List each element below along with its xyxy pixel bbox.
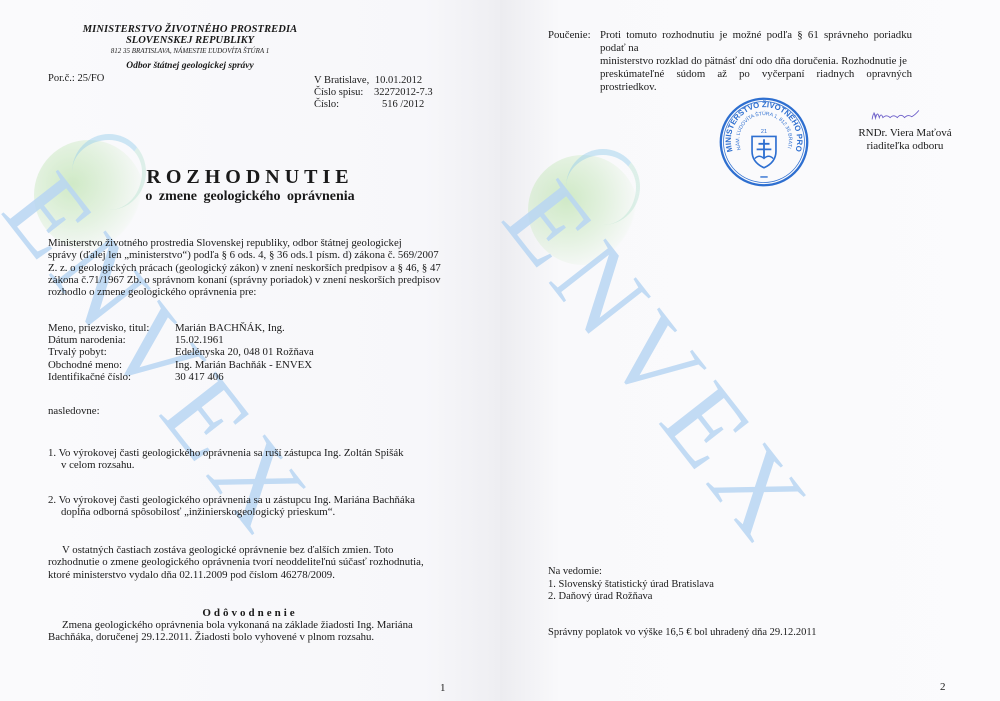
field-row: Obchodné meno:Ing. Marián Bachňák - ENVE…: [48, 359, 314, 371]
paragraph-line: rozhodnutie o zmene geologického oprávne…: [48, 556, 458, 568]
as-follows-label: nasledovne:: [48, 405, 100, 417]
decision-item-1: 1. Vo výrokovej časti geologického opráv…: [48, 447, 458, 472]
applicant-details: Meno, priezvisko, titul:Marián BACHŇÁK, …: [48, 322, 314, 383]
ministry-address: 812 35 BRATISLAVA, NÁMESTIE ĽUDOVÍTA ŠTÚ…: [60, 47, 320, 55]
field-value: Edelényska 20, 048 01 Rožňava: [175, 346, 314, 358]
signatory-block: RNDr. Viera Maťová riaditeľka odboru: [840, 127, 970, 153]
document-page-1: ENVEX MINISTERSTVO ŽIVOTNÉHO PROSTREDIA …: [0, 0, 500, 701]
instruction-line: Proti tomuto rozhodnutiu je možné podľa …: [600, 29, 912, 55]
ministry-header: MINISTERSTVO ŽIVOTNÉHO PROSTREDIA SLOVEN…: [60, 24, 320, 71]
document-subtitle: o zmene geologického oprávnenia: [40, 189, 460, 205]
decision-item-2: 2. Vo výrokovej časti geologického opráv…: [48, 494, 458, 519]
field-label: Identifikačné číslo:: [48, 371, 175, 383]
decision-item-line: v celom rozsahu.: [48, 459, 458, 471]
field-row: Trvalý pobyt:Edelényska 20, 048 01 Rožňa…: [48, 346, 314, 358]
intro-line: Z. z. o geologických prácach (geologický…: [48, 262, 450, 274]
place-date-label: V Bratislave,: [314, 75, 369, 86]
paragraph-line: ktoré ministerstvo vydalo dňa 02.11.2009…: [48, 569, 458, 581]
decision-number: 516 /2012: [382, 99, 424, 110]
field-label: Meno, priezvisko, titul:: [48, 322, 175, 334]
signature-icon: [868, 105, 923, 123]
document-meta: V Bratislave, 10.01.2012 Číslo spisu:322…: [314, 75, 433, 111]
cc-item: 1. Slovenský štatistický úrad Bratislava: [548, 579, 714, 592]
reasoning-heading: Odôvodnenie: [40, 607, 460, 619]
field-value: 30 417 406: [175, 371, 224, 383]
remaining-paragraph: V ostatných častiach zostáva geologické …: [48, 544, 458, 581]
intro-line: správy (ďalej len „ministerstvo“) podľa …: [48, 249, 450, 261]
decision-item-line: 2. Vo výrokovej časti geologického opráv…: [48, 494, 458, 506]
decision-item-line: 1. Vo výrokovej časti geologického opráv…: [48, 447, 458, 459]
intro-line: rozhodlo o zmene geologického oprávnenia…: [48, 286, 450, 298]
reasoning-paragraph: Zmena geologického oprávnenia bola vykon…: [48, 619, 458, 644]
signatory-name: RNDr. Viera Maťová: [840, 127, 970, 140]
field-label: Obchodné meno:: [48, 359, 175, 371]
reference-number: Por.č.: 25/FO: [48, 73, 104, 85]
number-label: Číslo:: [314, 99, 382, 111]
paragraph-line: Zmena geologického oprávnenia bola vykon…: [48, 619, 458, 631]
envex-leaf-logo-watermark: [528, 155, 638, 265]
ministry-name-line1: MINISTERSTVO ŽIVOTNÉHO PROSTREDIA: [60, 24, 320, 35]
intro-line: Ministerstvo životného prostredia Sloven…: [48, 237, 450, 249]
svg-text:21: 21: [761, 129, 767, 135]
signatory-role: riaditeľka odboru: [840, 140, 970, 153]
envex-watermark: ENVEX: [500, 158, 838, 569]
intro-paragraph: Ministerstvo životného prostredia Sloven…: [48, 237, 450, 298]
official-stamp-icon: MINISTERSTVO ŽIVOTNÉHO PROSTREDIA SR NÁM…: [718, 96, 810, 188]
field-row: Identifikačné číslo:30 417 406: [48, 371, 314, 383]
instruction-line: ministerstvo rozklad do pätnásť dní odo …: [600, 55, 912, 68]
fee-statement: Správny poplatok vo výške 16,5 € bol uhr…: [548, 627, 817, 639]
field-value: Marián BACHŇÁK, Ing.: [175, 322, 285, 334]
field-row: Dátum narodenia:15.02.1961: [48, 334, 314, 346]
department-name: Odbor štátnej geologickej správy: [60, 61, 320, 71]
field-value: Ing. Marián Bachňák - ENVEX: [175, 359, 312, 371]
instruction-label: Poučenie:: [548, 29, 591, 42]
document-date: 10.01.2012: [375, 75, 422, 86]
paragraph-line: V ostatných častiach zostáva geologické …: [48, 544, 458, 556]
document-title: ROZHODNUTIE: [40, 166, 460, 189]
field-label: Dátum narodenia:: [48, 334, 175, 346]
cc-item: 2. Daňový úrad Rožňava: [548, 591, 714, 604]
cc-list: Na vedomie: 1. Slovenský štatistický úra…: [548, 566, 714, 604]
file-number: 32272012-7.3: [374, 87, 433, 98]
instruction-paragraph: Proti tomuto rozhodnutiu je možné podľa …: [600, 29, 912, 94]
paragraph-line: Bachňáka, doručenej 29.12.2011. Žiadosti…: [48, 631, 458, 643]
decision-item-line: dopĺňa odborná spôsobilosť „inžinierskog…: [48, 506, 458, 518]
page-number: 2: [940, 681, 946, 693]
page-number: 1: [440, 682, 446, 694]
ministry-name-line2: SLOVENSKEJ REPUBLIKY: [60, 35, 320, 46]
file-number-label: Číslo spisu:: [314, 87, 374, 99]
field-value: 15.02.1961: [175, 334, 224, 346]
intro-line: zákona č.71/1967 Zb. o správnom konaní (…: [48, 274, 450, 286]
instruction-line: preskúmateľné súdom až po vyčerpaní riad…: [600, 68, 912, 94]
cc-label: Na vedomie:: [548, 566, 714, 579]
field-label: Trvalý pobyt:: [48, 346, 175, 358]
field-row: Meno, priezvisko, titul:Marián BACHŇÁK, …: [48, 322, 314, 334]
